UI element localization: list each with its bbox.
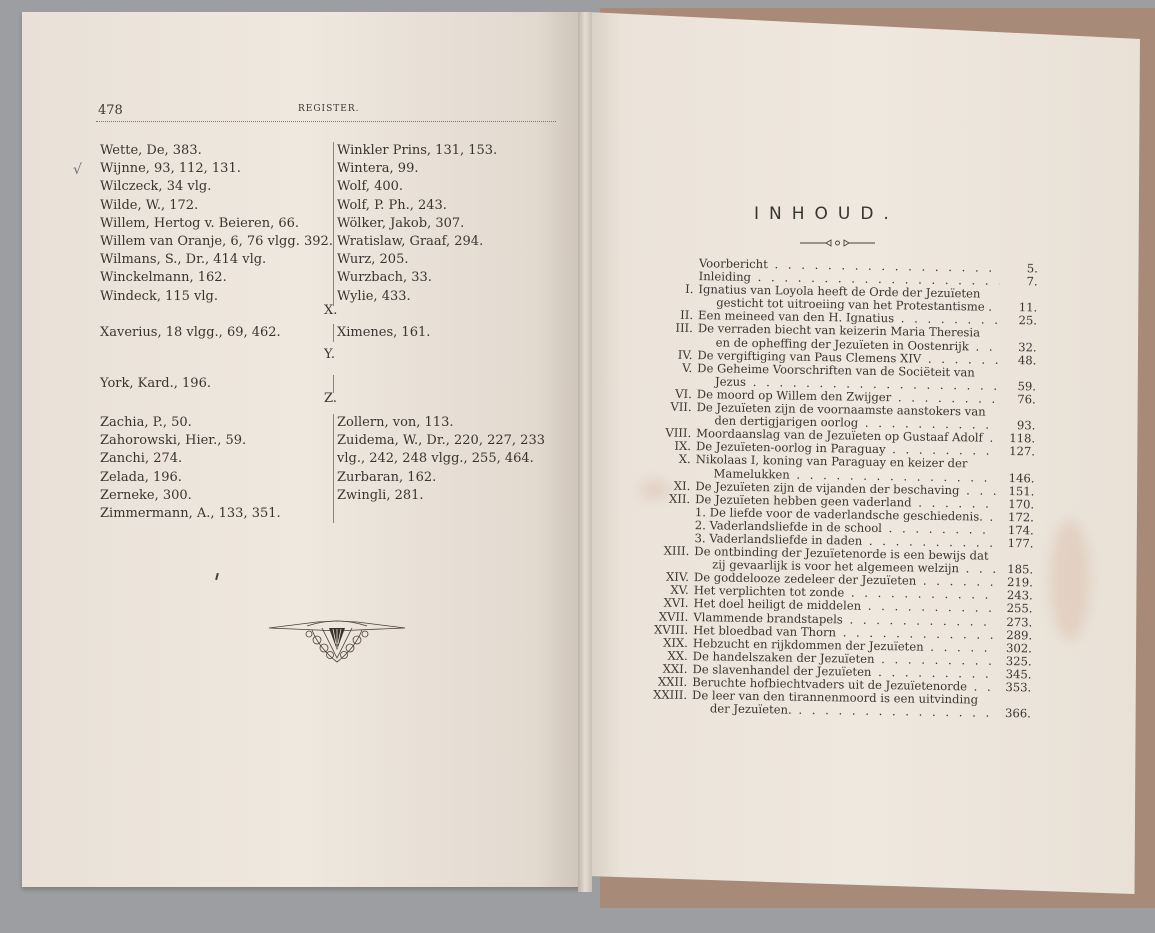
- index-entry: Willem van Oranje, 6, 76 vlgg. 392.: [100, 233, 333, 251]
- index-entry: Windeck, 115 vlg.: [100, 288, 333, 306]
- page-reference: 32.: [999, 340, 1037, 354]
- index-entry: Zelada, 196.: [100, 469, 281, 487]
- index-entry: Zahorowski, Hier., 59.: [100, 432, 281, 450]
- index-entry: Wilczeck, 34 vlg.: [100, 178, 333, 196]
- chapter-number: XVIII.: [622, 623, 693, 637]
- page-reference: 25.: [999, 314, 1037, 328]
- chapter-number: XVI.: [622, 596, 693, 610]
- chapter-number: XX.: [622, 649, 693, 663]
- page-reference: 255.: [994, 602, 1032, 616]
- chapter-number: XXIII.: [621, 688, 692, 702]
- title-flourish-icon: [800, 239, 875, 247]
- page-reference: 273.: [994, 615, 1032, 629]
- chapter-number: [624, 505, 695, 519]
- index-entry: Zimmermann, A., 133, 351.: [100, 505, 281, 523]
- paper-stain: [1050, 520, 1090, 640]
- running-head-title: REGISTER.: [298, 104, 359, 114]
- index-entry: Xaverius, 18 vlgg., 69, 462.: [100, 324, 281, 342]
- index-entry: Ximenes, 161.: [337, 324, 430, 342]
- index-entry: Wijnne, 93, 112, 131.: [100, 160, 333, 178]
- chapter-number: [621, 701, 692, 715]
- left-column: Xaverius, 18 vlgg., 69, 462.: [100, 324, 281, 342]
- page-reference: 146.: [996, 471, 1034, 485]
- page-reference: 353.: [993, 681, 1031, 695]
- book-gutter: [578, 12, 592, 892]
- chapter-number: [627, 335, 698, 349]
- page-reference: [997, 458, 1035, 472]
- section-letter: X.: [324, 303, 337, 318]
- page-reference: 127.: [997, 445, 1035, 459]
- index-entry: Wette, De, 383.: [100, 142, 333, 160]
- chapter-number: [628, 256, 699, 270]
- index-entry: Wilde, W., 172.: [100, 197, 333, 215]
- index-entry: York, Kard., 196.: [100, 375, 211, 393]
- index-entry: Wolf, 400.: [337, 178, 497, 196]
- toc-title: INHOUD.: [754, 204, 899, 224]
- chapter-number: V.: [626, 361, 697, 375]
- index-entry: Winckelmann, 162.: [100, 269, 333, 287]
- index-entry: [337, 375, 341, 393]
- index-entry: Wurz, 205.: [337, 251, 497, 269]
- page-reference: 177.: [995, 537, 1033, 551]
- chapter-number: I.: [627, 282, 698, 296]
- chapter-number: III.: [627, 321, 698, 335]
- index-entry: Zachia, P., 50.: [100, 414, 281, 432]
- page-reference: 48.: [998, 353, 1036, 367]
- section-letter: Y.: [324, 347, 335, 362]
- page-reference: 76.: [998, 393, 1036, 407]
- index-entry: Willem, Hertog v. Beieren, 66.: [100, 215, 333, 233]
- chapter-number: XI.: [624, 479, 695, 493]
- chapter-number: XIX.: [622, 636, 693, 650]
- chapter-number: XIII.: [623, 544, 694, 558]
- chapter-number: IV.: [626, 348, 697, 362]
- page-number: 478: [98, 103, 123, 118]
- index-entry: Winkler Prins, 131, 153.: [337, 142, 497, 160]
- index-entry: Wilmans, S., Dr., 414 vlg.: [100, 251, 333, 269]
- right-column: Zollern, von, 113.Zuidema, W., Dr., 220,…: [333, 414, 545, 523]
- index-entry: Wylie, 433.: [337, 288, 497, 306]
- page-reference: 7.: [1000, 275, 1038, 289]
- chapter-number: XII.: [624, 492, 695, 506]
- index-entry: Wurzbach, 33.: [337, 269, 497, 287]
- chapter-number: [625, 465, 696, 479]
- left-column: York, Kard., 196.: [100, 375, 211, 393]
- index-entry: Zollern, von, 113.: [337, 414, 545, 432]
- right-column: Ximenes, 161.: [333, 324, 430, 342]
- page-reference: 151.: [996, 484, 1034, 498]
- index-entry: Wintera, 99.: [337, 160, 497, 178]
- page-reference: 289.: [994, 628, 1032, 642]
- index-entry: Zwingli, 281.: [337, 487, 545, 505]
- chapter-number: VII.: [626, 400, 697, 414]
- index-entry: Zanchi, 274.: [100, 450, 281, 468]
- chapter-number: X.: [625, 452, 696, 466]
- index-entry: Wratislaw, Graaf, 294.: [337, 233, 497, 251]
- pencil-check-icon: √: [73, 162, 82, 178]
- right-column: Winkler Prins, 131, 153.Wintera, 99.Wolf…: [333, 142, 497, 306]
- table-of-contents: Voorbericht5.Inleiding7.I.Ignatius van L…: [621, 256, 1038, 721]
- page-reference: [999, 327, 1037, 341]
- index-entry: Wolf, P. Ph., 243.: [337, 197, 497, 215]
- page-reference: 366.: [993, 707, 1031, 721]
- chapter-number: [626, 374, 697, 388]
- index-entry: Wölker, Jakob, 307.: [337, 215, 497, 233]
- header-rule: [96, 121, 556, 122]
- left-column: Zachia, P., 50.Zahorowski, Hier., 59.Zan…: [100, 414, 281, 523]
- index-entry: vlg., 242, 248 vlgg., 255, 464.: [337, 450, 545, 468]
- index-entry: Zuidema, W., Dr., 220, 227, 233: [337, 432, 545, 450]
- tailpiece-ornament-icon: [267, 618, 407, 668]
- section-letter: Z.: [324, 391, 337, 406]
- left-column: Wette, De, 383.Wijnne, 93, 112, 131.Wilc…: [100, 142, 333, 306]
- index-entry: Zerneke, 300.: [100, 487, 281, 505]
- chapter-number: [624, 518, 695, 532]
- index-entry: Zurbaran, 162.: [337, 469, 545, 487]
